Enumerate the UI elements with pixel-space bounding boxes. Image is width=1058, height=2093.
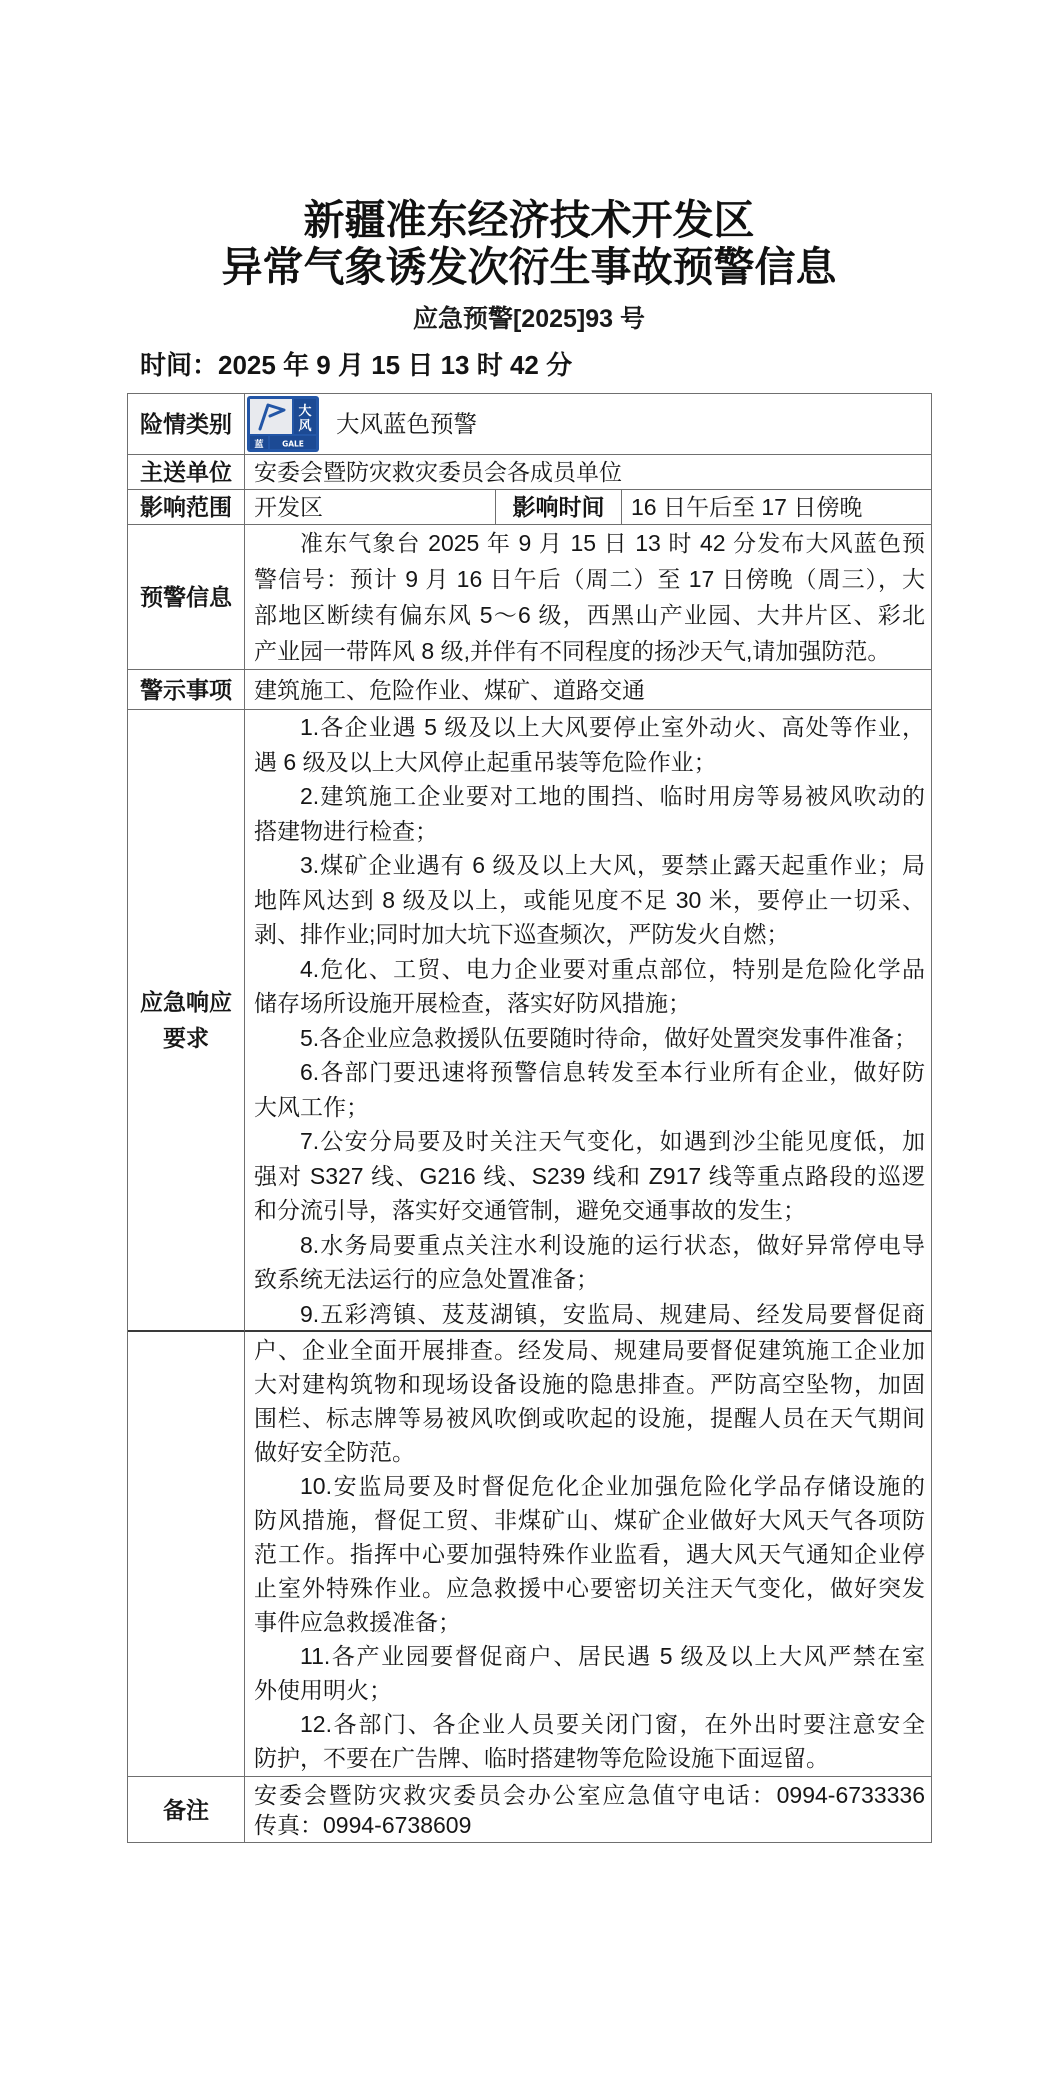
text-line: 和分流引导，落实好交通管制，避免交通事故的发生；: [254, 1193, 925, 1228]
text-line: 强对 S327 线、G216 线、S239 线和 Z917 线等重点路段的巡逻: [254, 1159, 925, 1194]
label-scope: 影响范围: [128, 490, 245, 525]
scope-value: 开发区: [245, 490, 496, 525]
emergency-response-cell-part2: 户、企业全面开展排查。经发局、规建局要督促建筑施工企业加大对建构筑物和现场设备设…: [245, 1332, 932, 1777]
issue-time: 时间：2025 年 9 月 15 日 13 时 42 分: [140, 350, 572, 380]
text-line: 12.各部门、各企业人员要关闭门窗，在外出时要注意安全: [254, 1707, 925, 1741]
text-line: 4.危化、工贸、电力企业要对重点部位，特别是危险化学品: [254, 952, 925, 987]
document-number: 应急预警[2025]93 号: [0, 304, 1058, 334]
label-recipient: 主送单位: [128, 455, 245, 490]
emergency-response-cell-part1: 1.各企业遇 5 级及以上大风要停止室外动火、高处等作业，遇 6 级及以上大风停…: [245, 710, 932, 1332]
text-line: 大风工作；: [254, 1090, 925, 1125]
text-line: 事件应急救援准备；: [254, 1605, 925, 1639]
category-value: 大风蓝色预警: [336, 409, 477, 439]
text-line: 致系统无法运行的应急处置准备；: [254, 1262, 925, 1297]
category-cell: 大 风 蓝 GALE 大风蓝色预警: [245, 394, 932, 455]
text-line: 户、企业全面开展排查。经发局、规建局要督促建筑施工企业加: [254, 1333, 925, 1367]
text-line: 止室外特殊作业。应急救援中心要密切关注天气变化，做好突发: [254, 1571, 925, 1605]
remarks-text: 安委会暨防灾救灾委员会办公室应急值守电话：0994-6733336传真：0994…: [254, 1780, 925, 1840]
warning-info-text: 准东气象台 2025 年 9 月 15 日 13 时 42 分发布大风蓝色预警信…: [254, 525, 925, 669]
text-line: 5.各企业应急救援队伍要随时待命，做好处置突发事件准备；: [254, 1021, 925, 1056]
icon-english: GALE: [282, 440, 304, 449]
text-line: 产业园一带阵风 8 级,并伴有不同程度的扬沙天气,请加强防范。: [254, 633, 925, 669]
text-line: 大对建构筑物和现场设备设施的隐患排查。严防高空坠物，加固: [254, 1367, 925, 1401]
text-line: 传真：0994-6738609: [254, 1810, 925, 1840]
warning-info-cell: 准东气象台 2025 年 9 月 15 日 13 时 42 分发布大风蓝色预警信…: [245, 525, 932, 670]
label-emergency-response: 应急响应 要求: [128, 710, 245, 1332]
text-line: 外使用明火；: [254, 1673, 925, 1707]
impact-time-value: 16 日午后至 17 日傍晚: [622, 490, 932, 525]
text-line: 安委会暨防灾救灾委员会办公室应急值守电话：0994-6733336: [254, 1780, 925, 1810]
text-line: 3.煤矿企业遇有 6 级及以上大风，要禁止露天起重作业；局: [254, 848, 925, 883]
gale-blue-warning-icon: 大 风 蓝 GALE: [247, 396, 319, 452]
text-line: 8.水务局要重点关注水利设施的运行状态，做好异常停电导: [254, 1228, 925, 1263]
text-line: 部地区断续有偏东风 5～6 级，西黑山产业园、大井片区、彩北: [254, 597, 925, 633]
label-alert-items: 警示事项: [128, 670, 245, 710]
label-emergency-response-line1: 应急响应: [140, 984, 232, 1020]
text-line: 7.公安分局要及时关注天气变化，如遇到沙尘能见度低，加: [254, 1124, 925, 1159]
remarks-cell: 安委会暨防灾救灾委员会办公室应急值守电话：0994-6733336传真：0994…: [245, 1777, 932, 1843]
text-line: 剥、排作业;同时加大坑下巡查频次，严防发火自燃；: [254, 917, 925, 952]
label-emergency-response-line2: 要求: [163, 1020, 209, 1056]
text-line: 做好安全防范。: [254, 1435, 925, 1469]
document-title-line1: 新疆准东经济技术开发区: [0, 198, 1058, 242]
recipient-value: 安委会暨防灾救灾委员会各成员单位: [245, 455, 932, 490]
alert-items-value: 建筑施工、危险作业、煤矿、道路交通: [245, 670, 932, 710]
label-warning-info: 预警信息: [128, 525, 245, 670]
icon-level-char: 蓝: [254, 438, 263, 450]
text-line: 遇 6 级及以上大风停止起重吊装等危险作业；: [254, 745, 925, 780]
icon-char-top: 大: [298, 403, 311, 419]
emergency-response-text-part1: 1.各企业遇 5 级及以上大风要停止室外动火、高处等作业，遇 6 级及以上大风停…: [254, 710, 925, 1331]
text-line: 储存场所设施开展检查，落实好防风措施；: [254, 986, 925, 1021]
text-line: 6.各部门要迅速将预警信息转发至本行业所有企业，做好防: [254, 1055, 925, 1090]
text-line: 2.建筑施工企业要对工地的围挡、临时用房等易被风吹动的: [254, 779, 925, 814]
emergency-response-text-part2: 户、企业全面开展排查。经发局、规建局要督促建筑施工企业加大对建构筑物和现场设备设…: [254, 1333, 925, 1775]
label-remarks: 备注: [128, 1777, 245, 1843]
issue-time-value: 2025 年 9 月 15 日 13 时 42 分: [218, 350, 572, 380]
text-line: 围栏、标志牌等易被风吹倒或吹起的设施，提醒人员在天气期间: [254, 1401, 925, 1435]
text-line: 地阵风达到 8 级及以上，或能见度不足 30 米，要停止一切采、: [254, 883, 925, 918]
label-impact-time: 影响时间: [496, 490, 622, 525]
text-line: 警信号：预计 9 月 16 日午后（周二）至 17 日傍晚（周三），大: [254, 561, 925, 597]
text-line: 9.五彩湾镇、芨芨湖镇，安监局、规建局、经发局要督促商: [254, 1297, 925, 1332]
document-title-line2: 异常气象诱发次衍生事故预警信息: [0, 245, 1058, 289]
text-line: 1.各企业遇 5 级及以上大风要停止室外动火、高处等作业，: [254, 710, 925, 745]
text-line: 准东气象台 2025 年 9 月 15 日 13 时 42 分发布大风蓝色预: [254, 525, 925, 561]
label-empty: [128, 1332, 245, 1777]
icon-char-bottom: 风: [298, 418, 312, 434]
text-line: 10.安监局要及时督促危化企业加强危险化学品存储设施的: [254, 1469, 925, 1503]
issue-time-label: 时间：: [140, 350, 218, 380]
text-line: 防护，不要在广告牌、临时搭建物等危险设施下面逗留。: [254, 1741, 925, 1775]
text-line: 防风措施，督促工贸、非煤矿山、煤矿企业做好大风天气各项防: [254, 1503, 925, 1537]
label-category: 险情类别: [128, 394, 245, 455]
text-line: 11.各产业园要督促商户、居民遇 5 级及以上大风严禁在室: [254, 1639, 925, 1673]
text-line: 范工作。指挥中心要加强特殊作业监看，遇大风天气通知企业停: [254, 1537, 925, 1571]
warning-info-table: 险情类别 大 风 蓝 GALE 大风蓝色预警 主送单位 安委会暨防灾救灾委员会各…: [127, 393, 932, 1843]
text-line: 搭建物进行检查；: [254, 814, 925, 849]
